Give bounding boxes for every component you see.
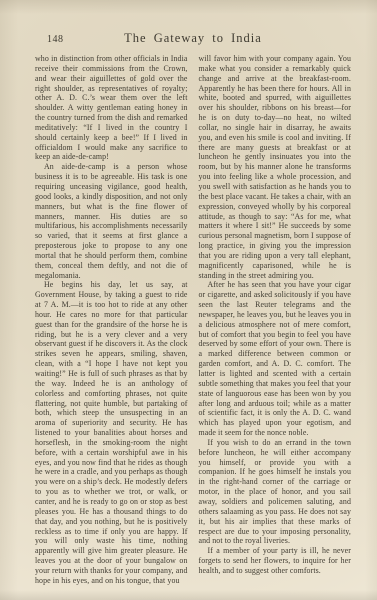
page-content: 148 The Gateway to India who in distinct… xyxy=(0,0,377,586)
paragraph-continuation: who in distinction from other officials … xyxy=(35,54,188,162)
page-number: 148 xyxy=(47,34,64,45)
book-page-scan: 148 The Gateway to India who in distinct… xyxy=(0,0,377,600)
paragraph: If a member of your party is ill, he nev… xyxy=(199,546,352,576)
paragraph: After he has seen that you have your cig… xyxy=(199,280,352,438)
running-head: 148 The Gateway to India xyxy=(35,31,351,51)
left-column: who in distinction from other officials … xyxy=(35,54,188,586)
paragraph: He begins his day, let us say, at Govern… xyxy=(35,280,188,585)
paragraph: An aide-de-camp is a person whose busine… xyxy=(35,162,188,280)
running-title: The Gateway to India xyxy=(35,31,351,46)
paragraph-continuation: will favor him with your company again. … xyxy=(199,54,352,280)
text-columns: who in distinction from other officials … xyxy=(35,54,351,586)
paragraph: If you wish to do an errand in the town … xyxy=(199,438,352,546)
right-column: will favor him with your company again. … xyxy=(199,54,352,586)
